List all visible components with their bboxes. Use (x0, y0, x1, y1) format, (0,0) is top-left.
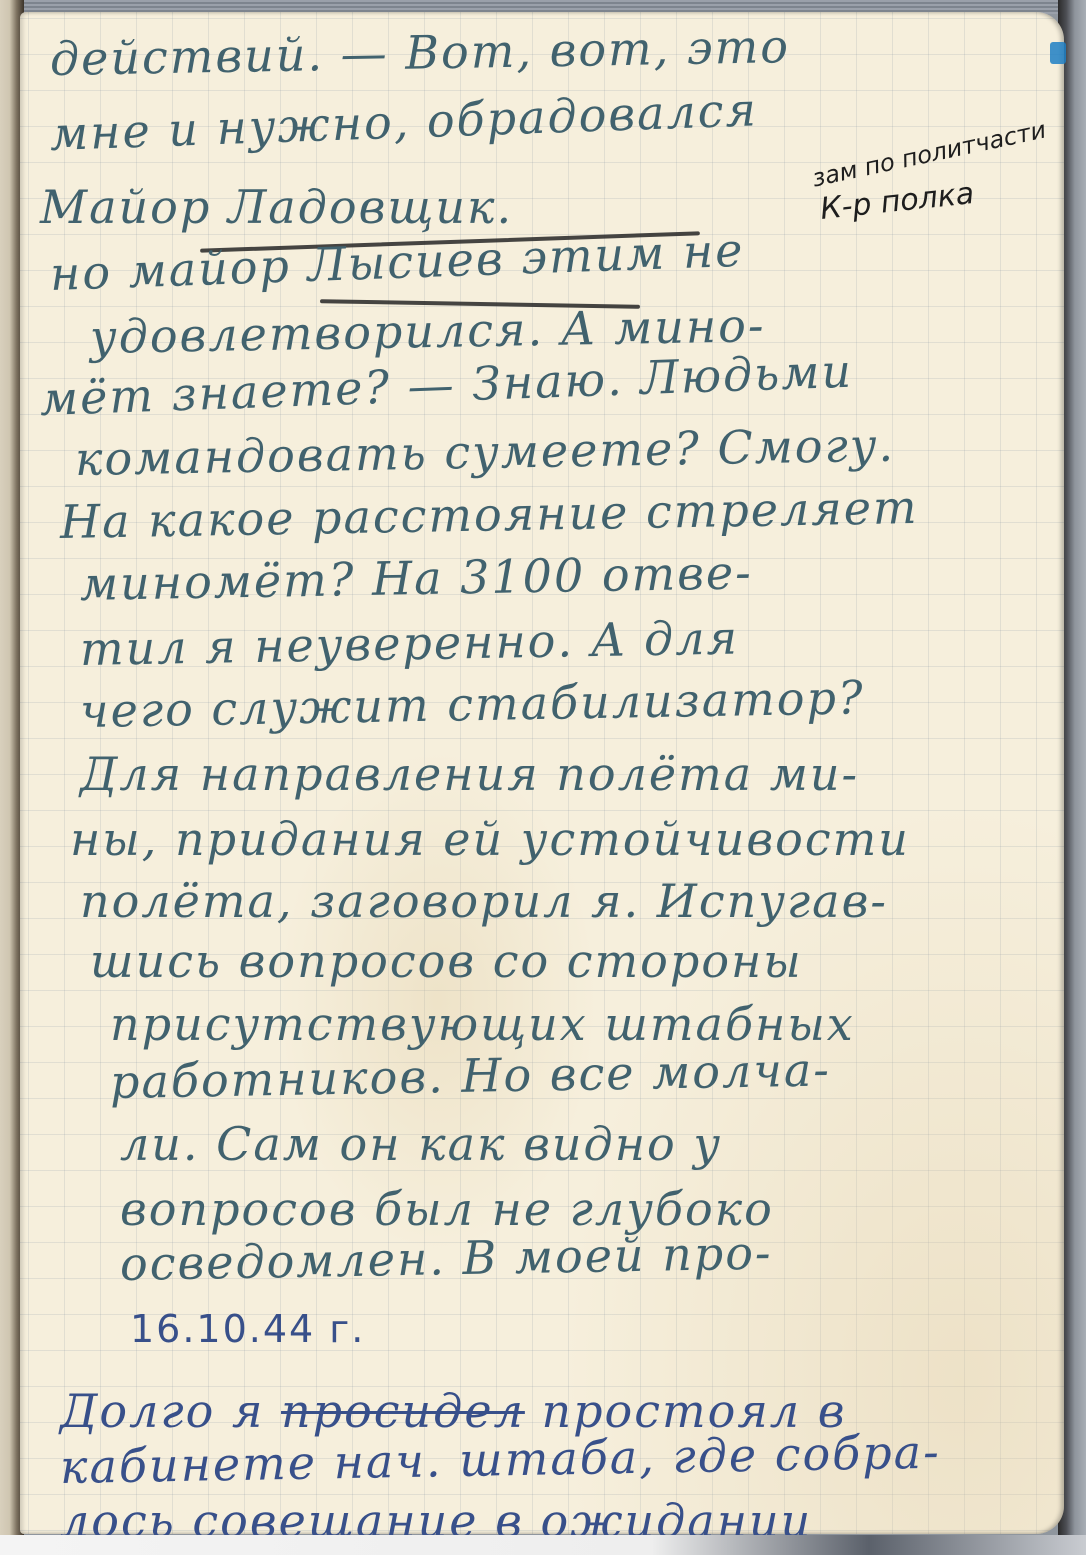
handwritten-line-7: командовать сумеете? Смогу. (75, 418, 896, 486)
handwritten-line-13: ны, придания ей устойчивости (70, 812, 910, 866)
handwritten-line-2: мне и нужно, обрадовался (49, 82, 759, 161)
handwritten-line-14: полёта, заговорил я. Испугав- (80, 874, 888, 928)
handwritten-line-8: На какое расстояние стреляет (60, 480, 919, 549)
handwritten-line-10: тил я неуверенно. А для (80, 611, 740, 676)
entry-date: 16.10.44 г. (130, 1307, 365, 1351)
handwritten-line-3: Майор Ладовщик. (40, 180, 513, 234)
handwritten-line-12: Для направления полёта ми- (80, 747, 859, 801)
handwritten-line-9: миномёт? На 3100 отве- (80, 545, 754, 611)
handwritten-line-17: работников. Но все молча- (110, 1042, 832, 1109)
handwritten-line-4: но майор Лысиев этим не (49, 223, 745, 301)
handwritten-line-15: шись вопросов со стороны (90, 934, 803, 988)
handwritten-line-20: осведомлен. В моей про- (120, 1226, 773, 1291)
handwritten-line-11: чего служит стабилизатор? (80, 670, 865, 738)
ink-spot (1050, 42, 1066, 64)
line-21-start: Долго я (60, 1384, 281, 1438)
notebook-page: действий. — Вот, вот, это мне и нужно, о… (20, 12, 1064, 1534)
struck-word: просидел (281, 1384, 525, 1438)
handwritten-line-16: присутствующих штабных (110, 997, 855, 1051)
handwritten-line-1: действий. — Вот, вот, это (50, 19, 791, 86)
scanner-bottom-edge (0, 1535, 1086, 1555)
handwritten-line-18: ли. Сам он как видно у (120, 1117, 722, 1171)
